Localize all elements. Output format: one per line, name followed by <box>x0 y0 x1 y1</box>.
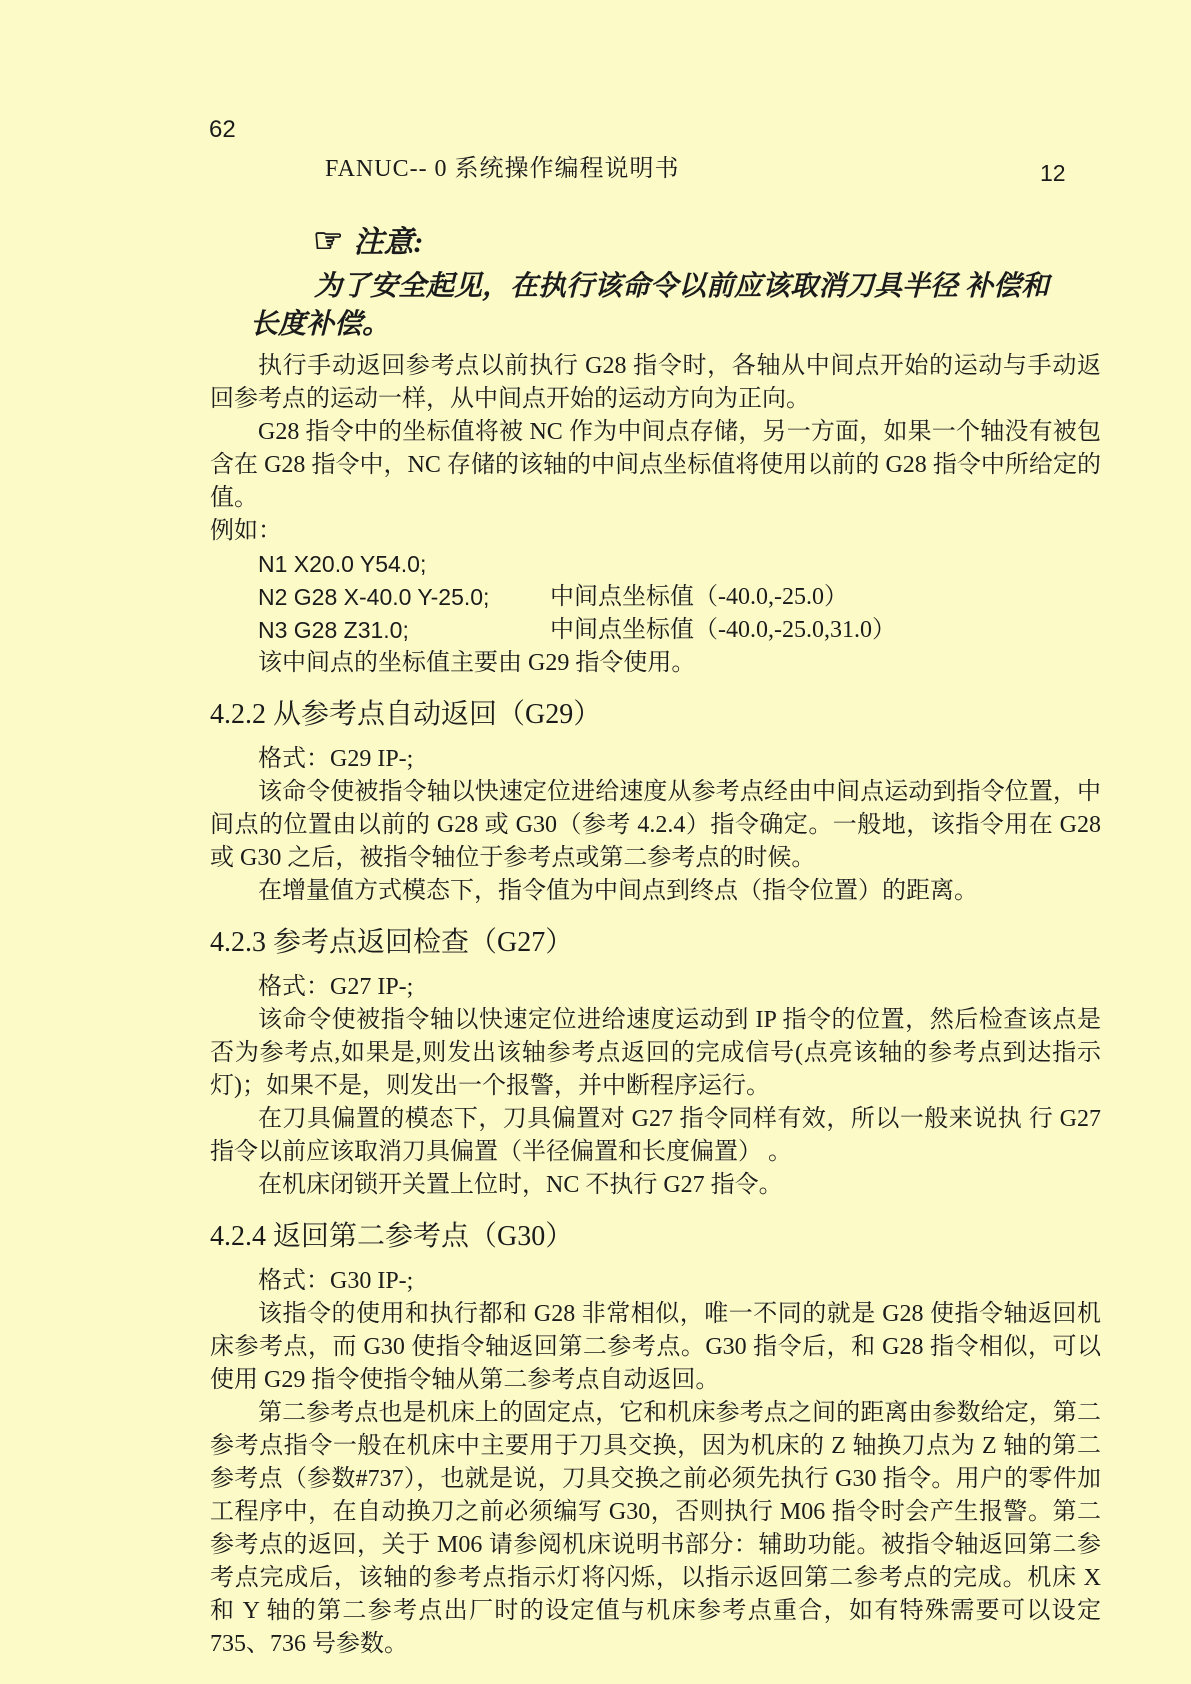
section-heading-4-2-4: 4.2.4 返回第二参考点（G30） <box>210 1218 1101 1256</box>
note-label: 注意: <box>353 226 423 259</box>
paragraph: 在刀具偏置的模态下，刀具偏置对 G27 指令同样有效，所以一般来说执 行 G27… <box>210 1103 1101 1169</box>
code-comment: 中间点坐标值（-40.0,-25.0） <box>550 581 848 614</box>
paragraph: 该命令使被指令轴以快速定位进给速度从参考点经由中间点运动到指令位置，中间点的位置… <box>210 776 1101 875</box>
format-line: 格式：G27 IP-; <box>210 971 1101 1004</box>
code-text: N2 G28 X-40.0 Y-25.0; <box>258 581 550 614</box>
example-label: 例如： <box>210 515 1101 548</box>
paragraph: 在机床闭锁开关置上位时，NC 不执行 G27 指令。 <box>210 1169 1101 1202</box>
code-line: N3 G28 Z31.0; 中间点坐标值（-40.0,-25.0,31.0） <box>258 614 1101 647</box>
section-heading-4-2-2: 4.2.2 从参考点自动返回（G29） <box>210 696 1101 734</box>
code-line: N2 G28 X-40.0 Y-25.0; 中间点坐标值（-40.0,-25.0… <box>258 581 1101 614</box>
paragraph: 执行手动返回参考点以前执行 G28 指令时，各轴从中间点开始的运动与手动返回参考… <box>210 350 1101 416</box>
paragraph: 该中间点的坐标值主要由 G29 指令使用。 <box>210 647 1101 680</box>
page-number-left: 62 <box>209 116 236 144</box>
page-header: 62 FANUC-- 0 系统操作编程说明书 12 <box>0 0 1191 205</box>
format-line: 格式：G30 IP-; <box>210 1265 1101 1298</box>
note-text-line2: 长度补偿。 <box>250 306 1101 344</box>
pointing-hand-icon: ☞ <box>313 223 343 260</box>
note-heading: ☞注意: <box>313 219 1191 266</box>
code-line: N1 X20.0 Y54.0; <box>258 548 1101 581</box>
document-body: 执行手动返回参考点以前执行 G28 指令时，各轴从中间点开始的运动与手动返回参考… <box>210 350 1101 1661</box>
note-text-line1: 为了安全起见，在执行该命令以前应该取消刀具半径 补偿和 <box>250 268 1101 306</box>
document-title: FANUC-- 0 系统操作编程说明书 <box>325 148 680 183</box>
format-line: 格式：G29 IP-; <box>210 743 1101 776</box>
page-number-right: 12 <box>1040 160 1066 187</box>
paragraph: 在增量值方式模态下，指令值为中间点到终点（指令位置）的距离。 <box>210 875 1101 908</box>
code-text: N1 X20.0 Y54.0; <box>258 548 550 581</box>
section-heading-4-2-3: 4.2.3 参考点返回检查（G27） <box>210 924 1101 962</box>
paragraph: 该指令的使用和执行都和 G28 非常相似，唯一不同的就是 G28 使指令轴返回机… <box>210 1298 1101 1397</box>
note-text: 为了安全起见，在执行该命令以前应该取消刀具半径 补偿和 长度补偿。 <box>250 268 1101 344</box>
paragraph: 第二参考点也是机床上的固定点，它和机床参考点之间的距离由参数给定，第二参考点指令… <box>210 1397 1101 1661</box>
manual-page: 62 FANUC-- 0 系统操作编程说明书 12 ☞注意: 为了安全起见，在执… <box>0 0 1191 1684</box>
code-text: N3 G28 Z31.0; <box>258 614 550 647</box>
paragraph: G28 指令中的坐标值将被 NC 作为中间点存储，另一方面，如果一个轴没有被包含… <box>210 416 1101 515</box>
paragraph: 该命令使被指令轴以快速定位进给速度运动到 IP 指令的位置，然后检查该点是否为参… <box>210 1004 1101 1103</box>
code-comment: 中间点坐标值（-40.0,-25.0,31.0） <box>550 614 896 647</box>
